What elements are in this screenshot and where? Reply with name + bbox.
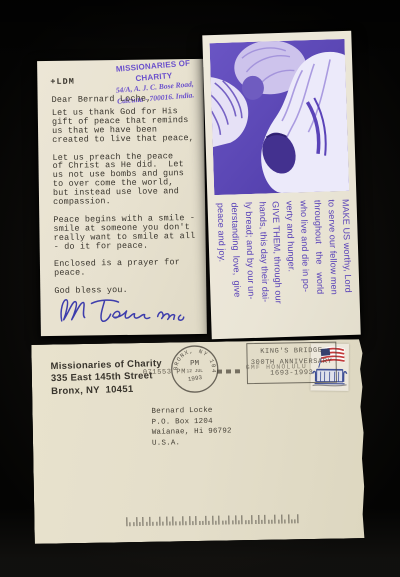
mother-teresa-signature [54, 289, 190, 329]
postnet-barcode [126, 513, 302, 526]
prayer-card: MAKE US worthy, Lord to serve our fellow… [202, 31, 360, 340]
mother-teresa-photo [210, 39, 350, 195]
typed-letter: +LDM MISSIONARIES OF CHARITY 54/A, A. J.… [37, 59, 207, 336]
letter-monogram: +LDM [50, 77, 75, 87]
slogan-cancel-box: KING'S BRIDGE 300TH ANNIVERSARY 1693-199… [246, 342, 337, 385]
letter-body: Let us thank God for His gift of peace t… [52, 107, 205, 296]
photo-of-correspondence: +LDM MISSIONARIES OF CHARITY 54/A, A. J.… [0, 0, 400, 577]
slogan-line3: 1693-1993 [248, 368, 336, 381]
recipient-address: Bernard Locke P.O. Box 1204 Waianae, Hi … [151, 405, 232, 449]
letter-salutation: Dear Bernard Loche, [52, 94, 152, 105]
slogan-line2: 300TH ANNIVERSARY [248, 357, 336, 370]
postmark-pm: PM [190, 360, 200, 368]
circular-postmark: BRONX, NY 104 PM 12 JUL 1993 [167, 342, 222, 397]
prayer-text: MAKE US worthy, Lord to serve our fellow… [212, 199, 356, 333]
return-address: Missionaries of Charity 335 East 145th S… [50, 358, 162, 398]
envelope: Missionaries of Charity 335 East 145th S… [31, 339, 365, 544]
postmark-year: 1993 [187, 374, 203, 383]
